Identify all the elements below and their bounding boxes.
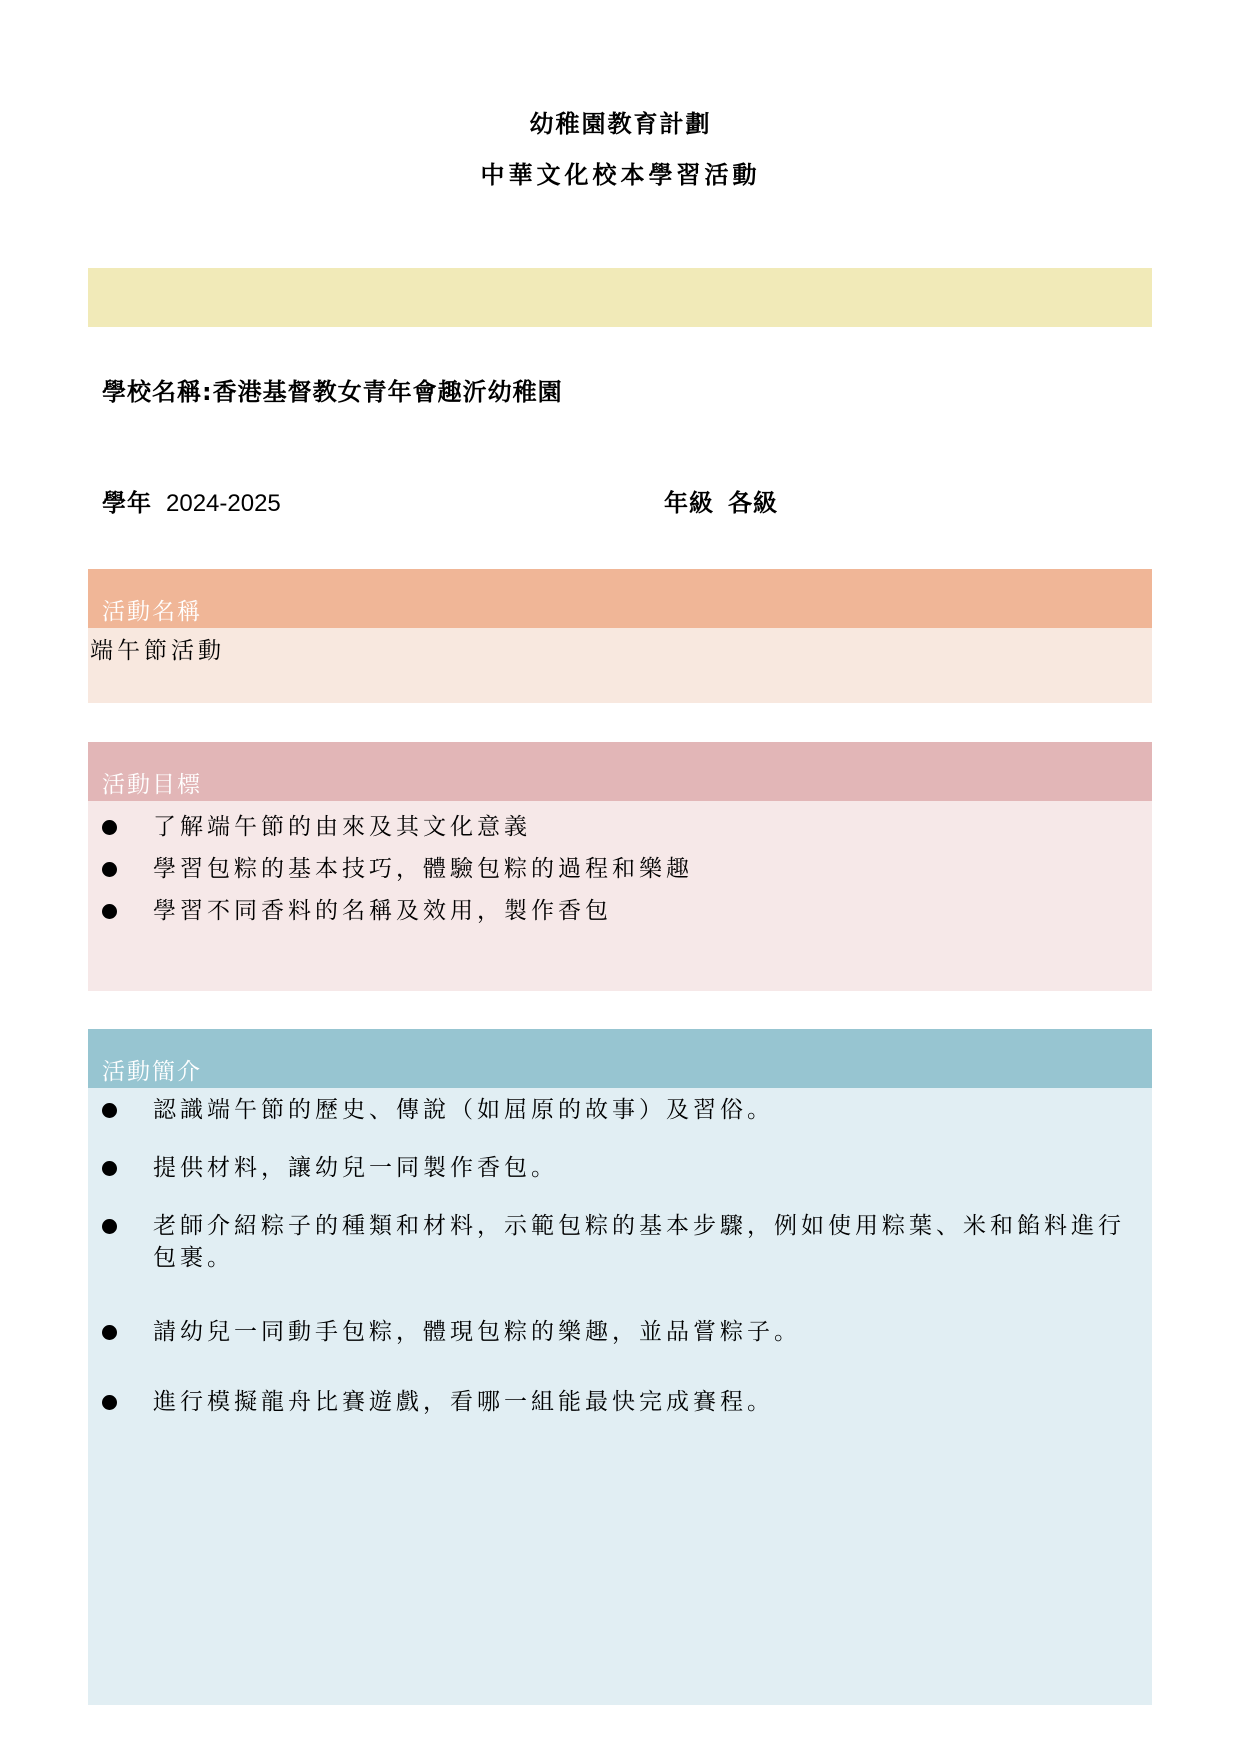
- list-item: 學習包粽的基本技巧，體驗包粽的過程和樂趣: [88, 853, 1152, 885]
- bullet-icon: [102, 1161, 117, 1176]
- grade-value: 各級: [728, 489, 778, 517]
- bullet-icon: [102, 904, 117, 919]
- activity-name-body: 端午節活動: [88, 628, 1152, 703]
- activity-name-section: 活動名稱 端午節活動: [88, 569, 1152, 703]
- introduction-section: 活動簡介 認識端午節的歷史、傳說（如屈原的故事）及習俗。 提供材料，讓幼兒一同製…: [88, 1029, 1152, 1705]
- bullet-icon: [102, 862, 117, 877]
- grade-row: 年級各級: [664, 483, 778, 518]
- activity-name-value: 端午節活動: [90, 632, 1152, 665]
- objectives-list: 了解端午節的由來及其文化意義 學習包粽的基本技巧，體驗包粽的過程和樂趣 學習不同…: [88, 811, 1152, 927]
- list-item: 請幼兒一同動手包粽，體現包粽的樂趣，並品嘗粽子。: [88, 1316, 1152, 1348]
- list-item-text: 了解端午節的由來及其文化意義: [153, 814, 531, 840]
- document-subtitle: 中華文化校本學習活動: [0, 155, 1241, 190]
- list-item-text: 認識端午節的歷史、傳說（如屈原的故事）及習俗。: [153, 1097, 774, 1123]
- grade-label: 年級: [664, 489, 714, 517]
- objectives-heading: 活動目標: [88, 742, 1152, 801]
- academic-year-value: 2024-2025: [166, 490, 281, 517]
- decorative-banner: [88, 268, 1152, 327]
- list-item: 認識端午節的歷史、傳說（如屈原的故事）及習俗。: [88, 1094, 1152, 1126]
- list-item-text: 提供材料，讓幼兒一同製作香包。: [153, 1155, 558, 1181]
- introduction-body: 認識端午節的歷史、傳說（如屈原的故事）及習俗。 提供材料，讓幼兒一同製作香包。 …: [88, 1088, 1152, 1705]
- list-item: 了解端午節的由來及其文化意義: [88, 811, 1152, 843]
- list-item-text: 學習不同香料的名稱及效用，製作香包: [153, 898, 612, 924]
- list-item-text: 老師介紹粽子的種類和材料，示範包粽的基本步驟，例如使用粽葉、米和餡料進行包裹。: [153, 1213, 1125, 1271]
- bullet-icon: [102, 1395, 117, 1410]
- academic-year-row: 學年2024-2025: [102, 483, 281, 518]
- list-item-text: 學習包粽的基本技巧，體驗包粽的過程和樂趣: [153, 856, 693, 882]
- introduction-heading: 活動簡介: [88, 1029, 1152, 1088]
- activity-name-heading: 活動名稱: [88, 569, 1152, 628]
- bullet-icon: [102, 1103, 117, 1118]
- bullet-icon: [102, 820, 117, 835]
- document-title: 幼稚園教育計劃: [0, 104, 1241, 139]
- list-item: 老師介紹粽子的種類和材料，示範包粽的基本步驟，例如使用粽葉、米和餡料進行包裹。: [88, 1210, 1152, 1274]
- objectives-section: 活動目標 了解端午節的由來及其文化意義 學習包粽的基本技巧，體驗包粽的過程和樂趣…: [88, 742, 1152, 991]
- list-item: 提供材料，讓幼兒一同製作香包。: [88, 1152, 1152, 1184]
- school-name-label: 學校名稱:: [102, 378, 213, 406]
- school-name-row: 學校名稱:香港基督教女青年會趣沂幼稚園: [102, 372, 563, 407]
- school-name-value: 香港基督教女青年會趣沂幼稚園: [213, 378, 563, 406]
- list-item: 學習不同香料的名稱及效用，製作香包: [88, 895, 1152, 927]
- bullet-icon: [102, 1219, 117, 1234]
- academic-year-label: 學年: [102, 489, 152, 517]
- list-item-text: 進行模擬龍舟比賽遊戲，看哪一組能最快完成賽程。: [153, 1389, 774, 1415]
- introduction-list: 認識端午節的歷史、傳說（如屈原的故事）及習俗。 提供材料，讓幼兒一同製作香包。 …: [88, 1094, 1152, 1418]
- bullet-icon: [102, 1325, 117, 1340]
- objectives-body: 了解端午節的由來及其文化意義 學習包粽的基本技巧，體驗包粽的過程和樂趣 學習不同…: [88, 801, 1152, 991]
- list-item: 進行模擬龍舟比賽遊戲，看哪一組能最快完成賽程。: [88, 1386, 1152, 1418]
- list-item-text: 請幼兒一同動手包粽，體現包粽的樂趣，並品嘗粽子。: [153, 1319, 801, 1345]
